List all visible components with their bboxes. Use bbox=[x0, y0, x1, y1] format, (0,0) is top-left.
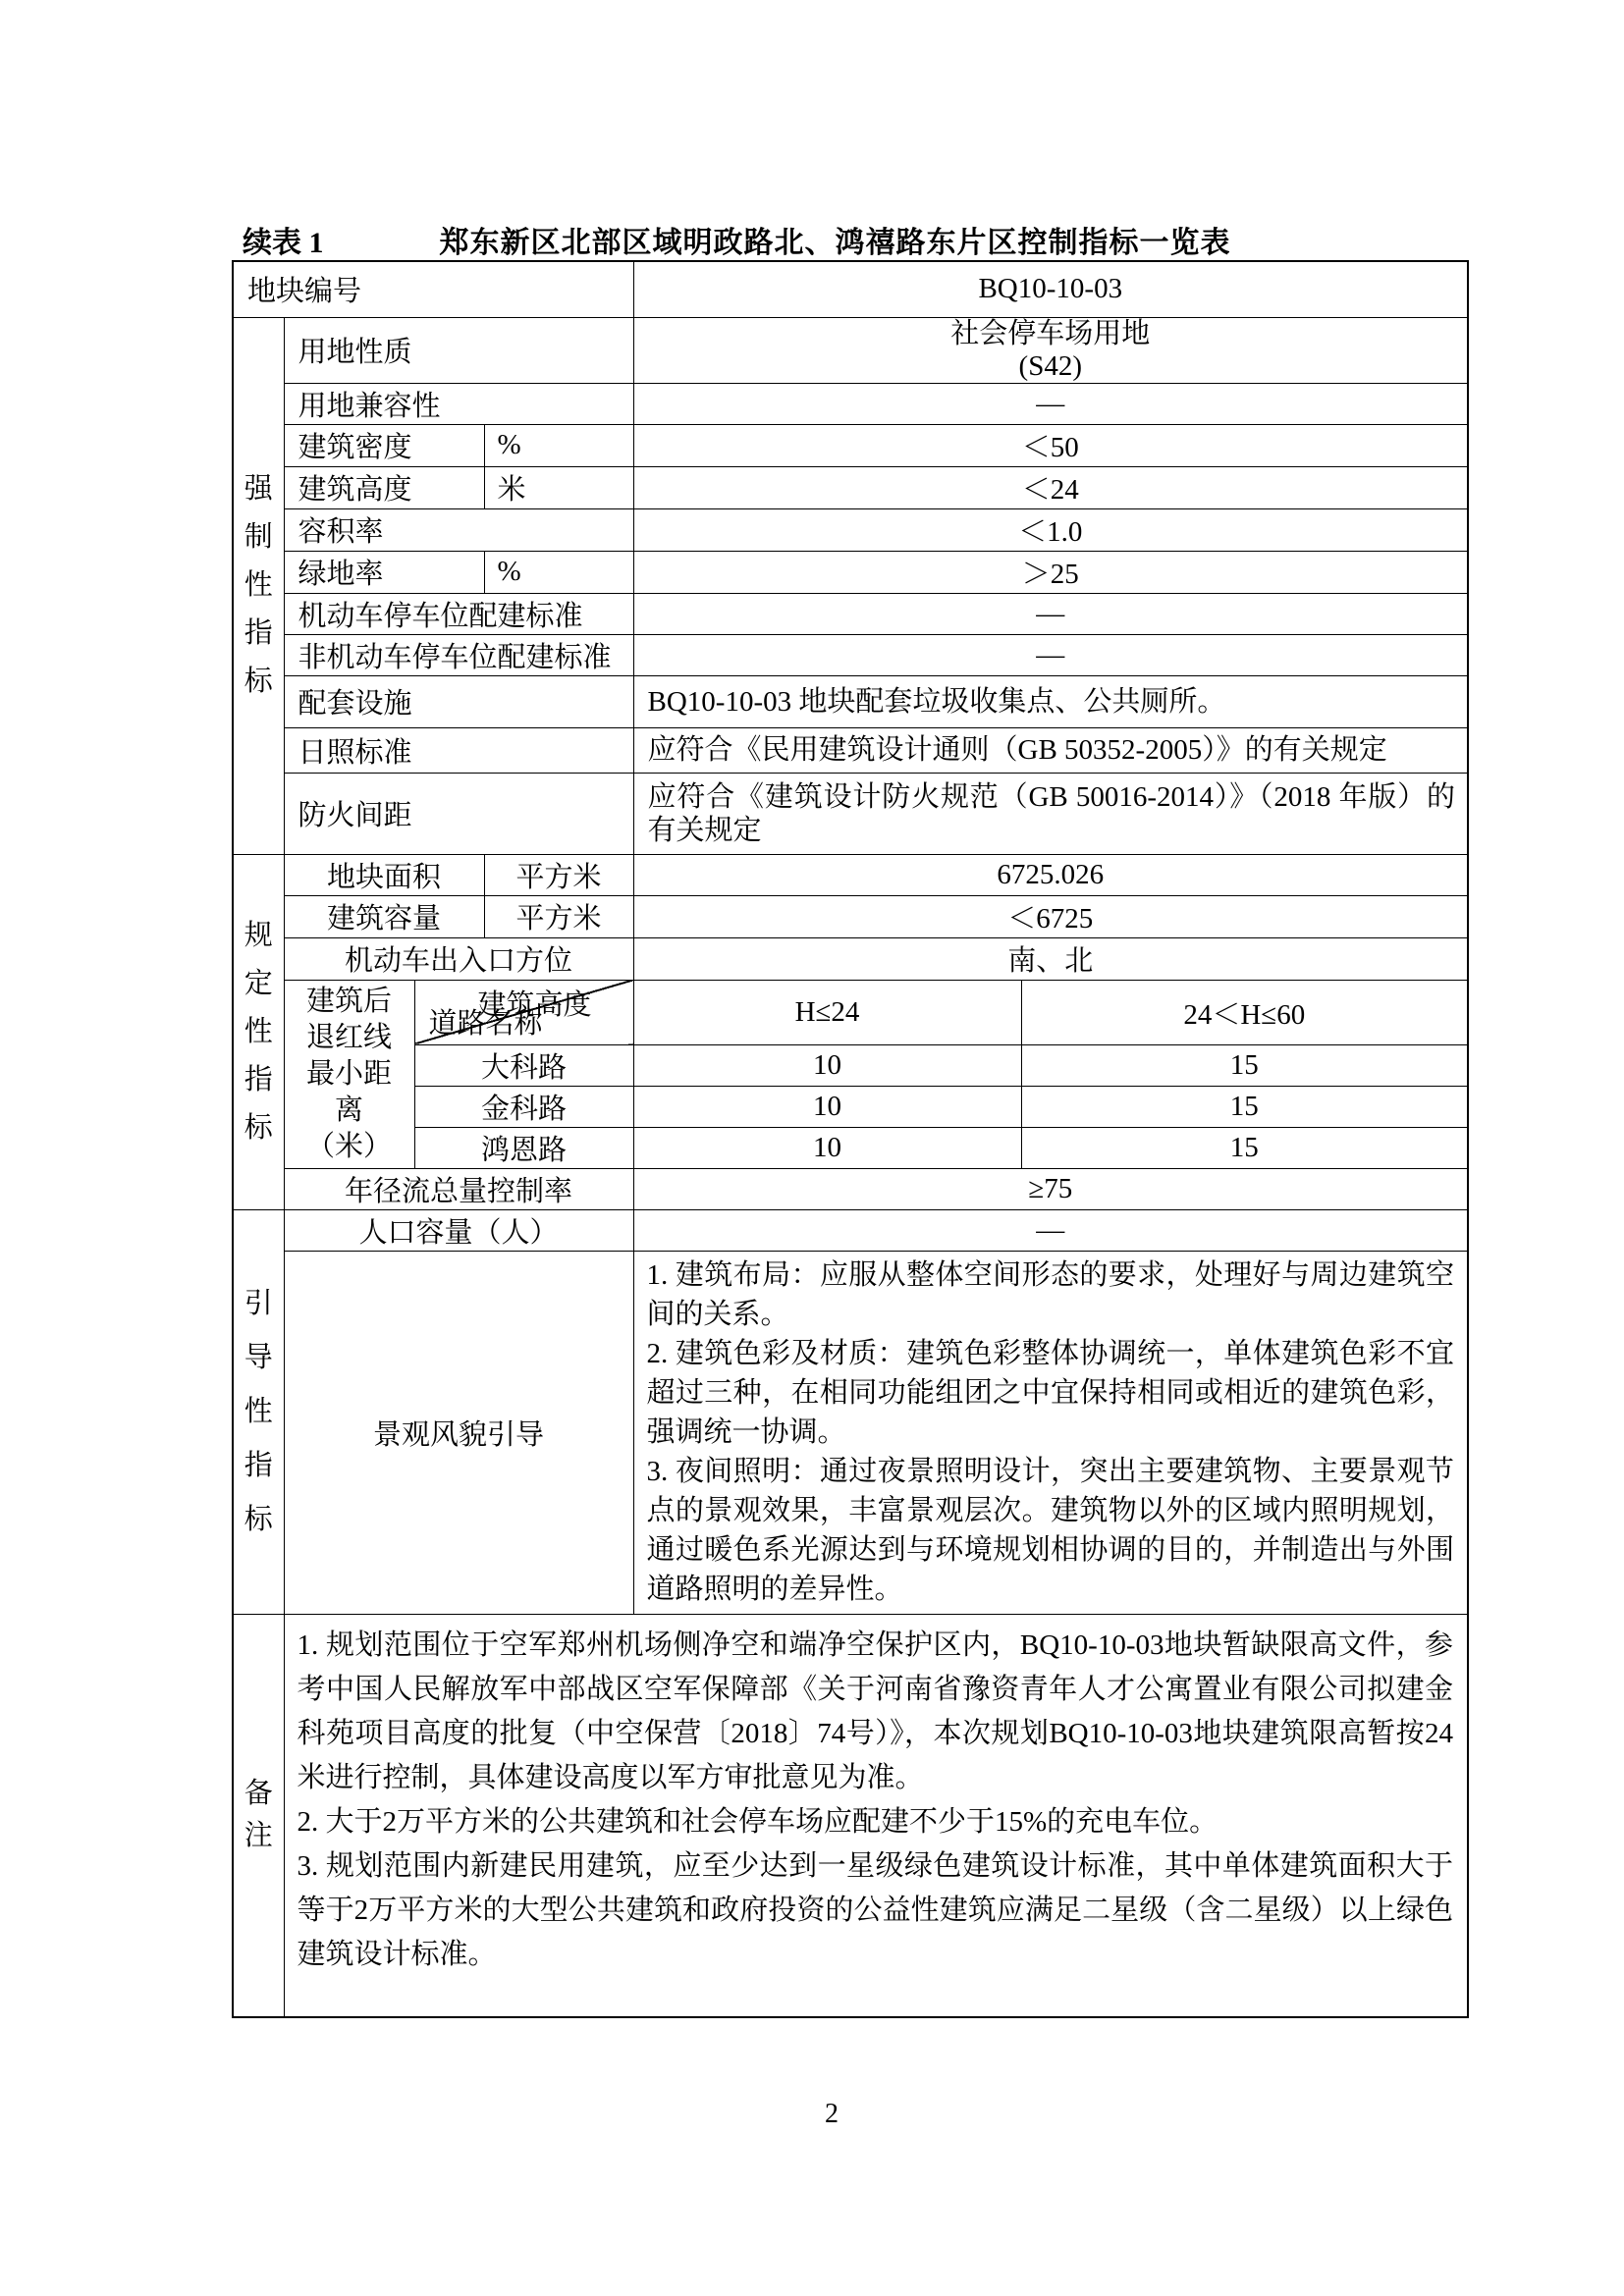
remarks-paragraph: 3. 规划范围内新建民用建筑，应至少达到一星级绿色建筑设计标准，其中单体建筑面积… bbox=[298, 1844, 1454, 1977]
table-row: 备 注 1. 规划范围位于空军郑州机场侧净空和端净空保护区内，BQ10-10-0… bbox=[233, 1614, 1468, 2017]
motor-parking-value: — bbox=[633, 593, 1468, 634]
land-use-label: 用地性质 bbox=[284, 317, 633, 383]
landscape-label: 景观风貌引导 bbox=[284, 1251, 633, 1614]
sunlight-value: 应符合《民用建筑设计通则（GB 50352-2005）》的有关规定 bbox=[633, 727, 1468, 773]
table-row: 配套设施 BQ10-10-03 地块配套垃圾收集点、公共厕所。 bbox=[233, 675, 1468, 727]
table-row: 用地兼容性 — bbox=[233, 383, 1468, 424]
section-mandatory: 强 制 性 指 标 bbox=[233, 317, 284, 854]
control-indicators-table: 地块编号 BQ10-10-03 强 制 性 指 标 用地性质 社会停车场用地 (… bbox=[232, 260, 1469, 2018]
table-row: 金科路 10 15 bbox=[233, 1086, 1468, 1127]
road-setback-value: 10 bbox=[633, 1044, 1021, 1086]
table-row: 地块编号 BQ10-10-03 bbox=[233, 261, 1468, 317]
section-regulatory: 规 定 性 指 标 bbox=[233, 854, 284, 1209]
plot-number-label: 地块编号 bbox=[233, 261, 633, 317]
building-height-label: 建筑高度 bbox=[284, 466, 484, 508]
section-remarks: 备 注 bbox=[233, 1614, 284, 2017]
plot-area-value: 6725.026 bbox=[633, 854, 1468, 895]
section-mandatory-label: 强 制 性 指 标 bbox=[244, 465, 273, 706]
page-number: 2 bbox=[825, 2099, 839, 2130]
facilities-value: BQ10-10-03 地块配套垃圾收集点、公共厕所。 bbox=[633, 675, 1468, 727]
section-guidance-label: 引 导 性 指 标 bbox=[244, 1277, 273, 1547]
building-capacity-unit: 平方米 bbox=[484, 895, 633, 937]
table-row: 建筑容量 平方米 ＜6725 bbox=[233, 895, 1468, 937]
runoff-label: 年径流总量控制率 bbox=[284, 1168, 633, 1209]
table-row: 日照标准 应符合《民用建筑设计通则（GB 50352-2005）》的有关规定 bbox=[233, 727, 1468, 773]
table-continuation-label: 续表 1 bbox=[243, 227, 324, 259]
table-row: 非机动车停车位配建标准 — bbox=[233, 634, 1468, 675]
compatibility-value: — bbox=[633, 383, 1468, 424]
vehicle-access-label: 机动车出入口方位 bbox=[284, 937, 633, 980]
building-density-unit: % bbox=[484, 424, 633, 466]
land-use-value: 社会停车场用地 (S42) bbox=[633, 317, 1468, 383]
remarks-paragraph: 1. 规划范围位于空军郑州机场侧净空和端净空保护区内，BQ10-10-03地块暂… bbox=[298, 1624, 1454, 1800]
table-row: 景观风貌引导 1. 建筑布局：应服从整体空间形态的要求，处理好与周边建筑空间的关… bbox=[233, 1251, 1468, 1614]
plot-number-value: BQ10-10-03 bbox=[633, 261, 1468, 317]
road-setback-value: 10 bbox=[633, 1086, 1021, 1127]
building-capacity-label: 建筑容量 bbox=[284, 895, 484, 937]
table-row: 防火间距 应符合《建筑设计防火规范（GB 50016-2014）》（2018 年… bbox=[233, 773, 1468, 854]
facilities-label: 配套设施 bbox=[284, 675, 633, 727]
green-ratio-value: ＞25 bbox=[633, 551, 1468, 593]
green-ratio-label: 绿地率 bbox=[284, 551, 484, 593]
nonmotor-parking-value: — bbox=[633, 634, 1468, 675]
road-setback-value: 15 bbox=[1021, 1127, 1468, 1168]
plot-ratio-value: ＜1.0 bbox=[633, 508, 1468, 551]
table-row: 年径流总量控制率 ≥75 bbox=[233, 1168, 1468, 1209]
compatibility-label: 用地兼容性 bbox=[284, 383, 633, 424]
table-row: 鸿恩路 10 15 bbox=[233, 1127, 1468, 1168]
setback-height-col2: 24＜H≤60 bbox=[1021, 980, 1468, 1044]
runoff-value: ≥75 bbox=[633, 1168, 1468, 1209]
road-name: 大科路 bbox=[414, 1044, 633, 1086]
section-guidance: 引 导 性 指 标 bbox=[233, 1209, 284, 1614]
building-density-label: 建筑密度 bbox=[284, 424, 484, 466]
green-ratio-unit: % bbox=[484, 551, 633, 593]
table-row: 容积率 ＜1.0 bbox=[233, 508, 1468, 551]
building-height-value: ＜24 bbox=[633, 466, 1468, 508]
table-row: 引 导 性 指 标 人口容量（人） — bbox=[233, 1209, 1468, 1251]
remarks-value: 1. 规划范围位于空军郑州机场侧净空和端净空保护区内，BQ10-10-03地块暂… bbox=[284, 1614, 1468, 2017]
road-setback-value: 10 bbox=[633, 1127, 1021, 1168]
sunlight-label: 日照标准 bbox=[284, 727, 633, 773]
table-row: 大科路 10 15 bbox=[233, 1044, 1468, 1086]
table-row: 建筑高度 米 ＜24 bbox=[233, 466, 1468, 508]
fire-distance-value: 应符合《建筑设计防火规范（GB 50016-2014）》（2018 年版）的有关… bbox=[633, 773, 1468, 854]
section-remarks-label: 备 注 bbox=[244, 1773, 273, 1857]
setback-matrix-header: 建筑高度 道路名称 bbox=[414, 980, 633, 1044]
fire-distance-label: 防火间距 bbox=[284, 773, 633, 854]
landscape-paragraph: 2. 建筑色彩及材质：建筑色彩整体协调统一，单体建筑色彩不宜超过三种，在相同功能… bbox=[647, 1334, 1455, 1452]
plot-area-unit: 平方米 bbox=[484, 854, 633, 895]
road-name: 金科路 bbox=[414, 1086, 633, 1127]
road-setback-value: 15 bbox=[1021, 1086, 1468, 1127]
vehicle-access-value: 南、北 bbox=[633, 937, 1468, 980]
table-row: 强 制 性 指 标 用地性质 社会停车场用地 (S42) bbox=[233, 317, 1468, 383]
table-row: 机动车出入口方位 南、北 bbox=[233, 937, 1468, 980]
motor-parking-label: 机动车停车位配建标准 bbox=[284, 593, 633, 634]
setback-label: 建筑后退红线最小距离（米） bbox=[284, 980, 414, 1168]
landscape-paragraph: 1. 建筑布局：应服从整体空间形态的要求，处理好与周边建筑空间的关系。 bbox=[647, 1255, 1455, 1334]
road-setback-value: 15 bbox=[1021, 1044, 1468, 1086]
document-title: 续表 1郑东新区北部区域明政路北、鸿禧路东片区控制指标一览表 bbox=[243, 218, 1467, 261]
table-row: 规 定 性 指 标 地块面积 平方米 6725.026 bbox=[233, 854, 1468, 895]
page-title: 郑东新区北部区域明政路北、鸿禧路东片区控制指标一览表 bbox=[440, 227, 1231, 259]
population-label: 人口容量（人） bbox=[284, 1209, 633, 1251]
land-use-value-line1: 社会停车场用地 bbox=[634, 318, 1468, 350]
section-regulatory-label: 规 定 性 指 标 bbox=[244, 912, 273, 1152]
plot-area-label: 地块面积 bbox=[284, 854, 484, 895]
table-row: 建筑密度 % ＜50 bbox=[233, 424, 1468, 466]
nonmotor-parking-label: 非机动车停车位配建标准 bbox=[284, 634, 633, 675]
building-capacity-value: ＜6725 bbox=[633, 895, 1468, 937]
setback-height-col1: H≤24 bbox=[633, 980, 1021, 1044]
setback-header-road-name: 道路名称 bbox=[429, 1001, 543, 1041]
building-height-unit: 米 bbox=[484, 466, 633, 508]
landscape-paragraph: 3. 夜间照明：通过夜景照明设计，突出主要建筑物、主要景观节点的景观效果，丰富景… bbox=[647, 1452, 1455, 1609]
landscape-value: 1. 建筑布局：应服从整体空间形态的要求，处理好与周边建筑空间的关系。 2. 建… bbox=[633, 1251, 1468, 1614]
remarks-paragraph: 2. 大于2万平方米的公共建筑和社会停车场应配建不少于15%的充电车位。 bbox=[298, 1800, 1454, 1844]
table-row: 绿地率 % ＞25 bbox=[233, 551, 1468, 593]
land-use-value-line2: (S42) bbox=[634, 350, 1468, 383]
table-row: 机动车停车位配建标准 — bbox=[233, 593, 1468, 634]
road-name: 鸿恩路 bbox=[414, 1127, 633, 1168]
population-value: — bbox=[633, 1209, 1468, 1251]
plot-ratio-label: 容积率 bbox=[284, 508, 633, 551]
table-row: 建筑后退红线最小距离（米） 建筑高度 道路名称 H≤24 24＜H≤60 bbox=[233, 980, 1468, 1044]
building-density-value: ＜50 bbox=[633, 424, 1468, 466]
